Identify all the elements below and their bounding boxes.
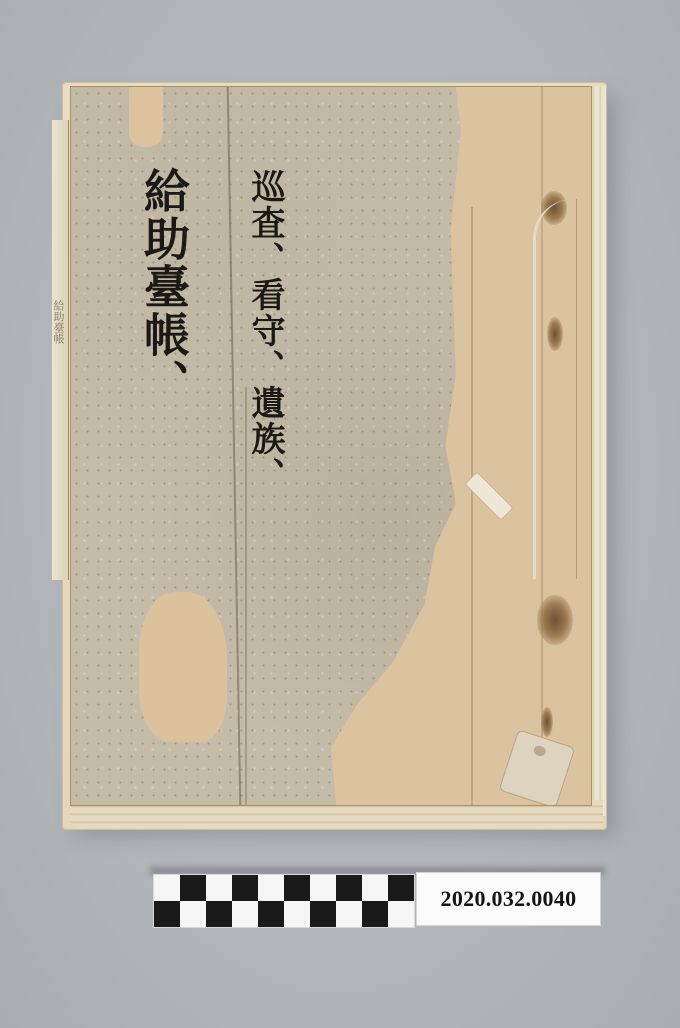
scale-square [232, 901, 258, 927]
paper-tag [499, 729, 576, 806]
scale-square [232, 875, 258, 901]
scale-square [284, 901, 310, 927]
book-spine-edge [52, 120, 69, 580]
scale-square [362, 901, 388, 927]
scale-square [206, 875, 232, 901]
scale-square [310, 875, 336, 901]
cover-title-sub: 巡査、看守、遺族、 [245, 169, 285, 493]
cover-crease [471, 207, 473, 805]
scale-square [388, 875, 414, 901]
scale-square [180, 875, 206, 901]
scale-square [258, 875, 284, 901]
scale-square [310, 901, 336, 927]
exposed-paper-patch [129, 87, 163, 147]
scale-square [362, 875, 388, 901]
spine-label: 給助臺帳 [55, 300, 67, 344]
scale-square [154, 901, 180, 927]
scale-square [206, 901, 232, 927]
cover-title-main: 給助臺帳、 [139, 167, 189, 407]
scale-square [258, 901, 284, 927]
binding-thread [533, 199, 576, 579]
archival-photo: 給助臺帳 給助臺帳、 巡査、看守、遺族、 [0, 0, 680, 1028]
book-cover: 給助臺帳、 巡査、看守、遺族、 [70, 86, 592, 806]
photo-scale-bar [154, 875, 414, 927]
scale-square [154, 875, 180, 901]
binding-hole [541, 707, 553, 737]
scale-square [336, 901, 362, 927]
exposed-paper-patch [139, 592, 227, 742]
binding-hole [537, 595, 573, 645]
scale-square [336, 875, 362, 901]
scale-square [180, 901, 206, 927]
tag-hole [532, 744, 547, 757]
scale-square [284, 875, 310, 901]
accession-number-label: 2020.032.0040 [417, 873, 600, 925]
scale-square [388, 901, 414, 927]
